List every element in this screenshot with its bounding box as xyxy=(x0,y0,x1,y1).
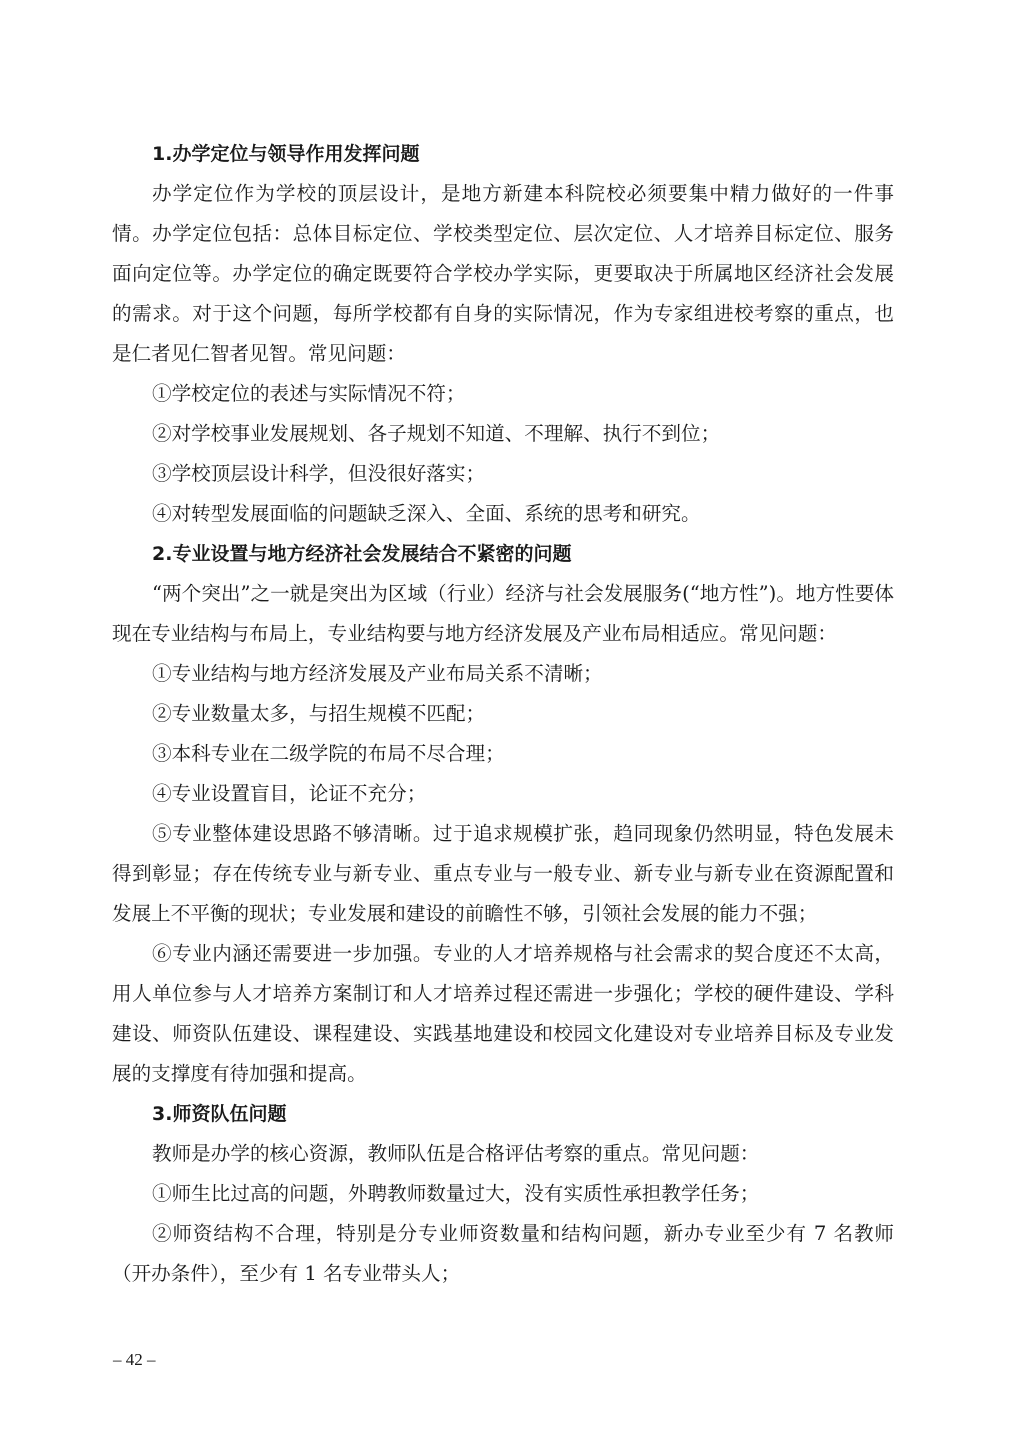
list-item: ④专业设置盲目，论证不充分； xyxy=(112,774,894,814)
section-heading: 1.办学定位与领导作用发挥问题 xyxy=(112,134,894,174)
list-item: ②师资结构不合理，特别是分专业师资数量和结构问题，新办专业至少有 7 名教师（开… xyxy=(112,1214,894,1294)
list-item: ②专业数量太多，与招生规模不匹配； xyxy=(112,694,894,734)
section-intro: “两个突出”之一就是突出为区域（行业）经济与社会发展服务(“地方性”)。地方性要… xyxy=(112,574,894,654)
section-heading: 3.师资队伍问题 xyxy=(112,1094,894,1134)
section-1: 1.办学定位与领导作用发挥问题 办学定位作为学校的顶层设计，是地方新建本科院校必… xyxy=(112,134,894,534)
list-item: ①专业结构与地方经济发展及产业布局关系不清晰； xyxy=(112,654,894,694)
section-heading: 2.专业设置与地方经济社会发展结合不紧密的问题 xyxy=(112,534,894,574)
list-item: ⑤专业整体建设思路不够清晰。过于追求规模扩张，趋同现象仍然明显，特色发展未得到彰… xyxy=(112,814,894,934)
list-item: ④对转型发展面临的问题缺乏深入、全面、系统的思考和研究。 xyxy=(112,494,894,534)
list-item: ①师生比过高的问题，外聘教师数量过大，没有实质性承担教学任务； xyxy=(112,1174,894,1214)
document-page: 1.办学定位与领导作用发挥问题 办学定位作为学校的顶层设计，是地方新建本科院校必… xyxy=(112,134,894,1294)
section-intro: 办学定位作为学校的顶层设计，是地方新建本科院校必须要集中精力做好的一件事情。办学… xyxy=(112,174,894,374)
list-item: ①学校定位的表述与实际情况不符； xyxy=(112,374,894,414)
page-number: – 42 – xyxy=(113,1350,156,1370)
section-intro: 教师是办学的核心资源，教师队伍是合格评估考察的重点。常见问题： xyxy=(112,1134,894,1174)
section-2: 2.专业设置与地方经济社会发展结合不紧密的问题 “两个突出”之一就是突出为区域（… xyxy=(112,534,894,1094)
list-item: ③本科专业在二级学院的布局不尽合理； xyxy=(112,734,894,774)
list-item: ③学校顶层设计科学，但没很好落实； xyxy=(112,454,894,494)
list-item: ②对学校事业发展规划、各子规划不知道、不理解、执行不到位； xyxy=(112,414,894,454)
list-item: ⑥专业内涵还需要进一步加强。专业的人才培养规格与社会需求的契合度还不太高，用人单… xyxy=(112,934,894,1094)
section-3: 3.师资队伍问题 教师是办学的核心资源，教师队伍是合格评估考察的重点。常见问题：… xyxy=(112,1094,894,1294)
